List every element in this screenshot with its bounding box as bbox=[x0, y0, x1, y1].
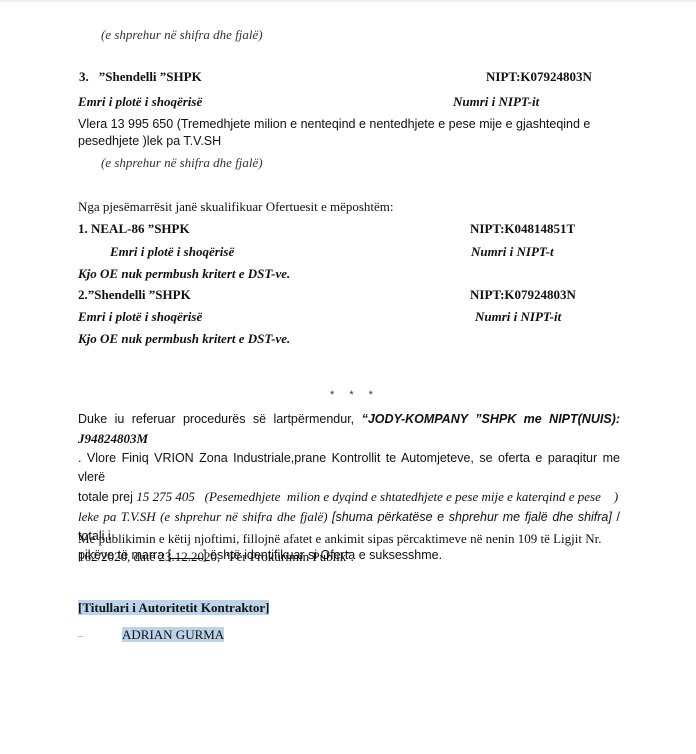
winner-bracket-note: [shuma përkatëse e shprehur me fjalë dhe… bbox=[332, 510, 612, 524]
offer3-nipt-label: Numri i NIPT-it bbox=[453, 94, 539, 110]
section-separator: * * * bbox=[330, 389, 379, 401]
winner-intro: Duke iu referuar procedurës së lartpërme… bbox=[78, 412, 362, 426]
offer3-value-line1: Vlera 13 995 650 (Tremedhjete milion e n… bbox=[78, 116, 590, 132]
small-mark bbox=[78, 636, 83, 637]
winner-total-prefix: totale prej bbox=[78, 490, 136, 504]
winner-nipt-code: J94824803M bbox=[78, 431, 148, 446]
signature-title: [Titullari i Autoritetit Kontraktor] bbox=[78, 600, 269, 616]
signature-name-text: ADRIAN GURMA bbox=[122, 627, 224, 642]
disqualified-2-reason: Kjo OE nuk permbush kritert e DST-ve. bbox=[78, 331, 290, 347]
disqualified-1-company: 1. NEAL-86 ”SHPK bbox=[78, 221, 190, 237]
winner-currency: leke pa T.V.SH (e shprehur në shifra dhe… bbox=[78, 509, 332, 524]
disqualified-2-nipt: NIPT:K07924803N bbox=[470, 287, 576, 303]
winner-address: . Vlore Finiq VRION Zona Industriale,pra… bbox=[78, 451, 620, 484]
legal-line-1: Me publikimin e këtij njoftimi, fillojnë… bbox=[78, 531, 602, 547]
page-top-edge bbox=[0, 0, 696, 2]
offer3-name-label: Emri i plotë i shoqërisë bbox=[78, 94, 202, 110]
signature-name: ADRIAN GURMA bbox=[122, 627, 224, 643]
disqualified-2-nipt-label: Numri i NIPT-it bbox=[475, 309, 561, 325]
offer3-nipt: NIPT:K07924803N bbox=[486, 69, 592, 85]
offer3-company: 3.”Shendelli ”SHPK bbox=[79, 69, 202, 85]
disqualified-2-company: 2.”Shendelli ”SHPK bbox=[78, 287, 191, 303]
winner-company-nipt: “JODY-KOMPANY ”SHPK me NIPT(NUIS): bbox=[362, 412, 620, 426]
offer3-number: 3. bbox=[79, 69, 89, 84]
disqualified-1-nipt: NIPT:K04814851T bbox=[470, 221, 575, 237]
disqualified-1-name-label: Emri i plotë i shoqërisë bbox=[110, 244, 234, 260]
legal-line-2: 162/2020, datë 23.12.2020, “Për Prokurim… bbox=[78, 549, 354, 565]
disqualified-1-nipt-label: Numri i NIPT-t bbox=[471, 244, 554, 260]
disqualified-1-reason: Kjo OE nuk permbush kritert e DST-ve. bbox=[78, 266, 290, 282]
offer3-company-name: ”Shendelli ”SHPK bbox=[99, 69, 202, 84]
winner-amount-words: (Pesemedhjete milion e dyqind e shtatedh… bbox=[195, 489, 618, 504]
expressed-note: (e shprehur në shifra dhe fjalë) bbox=[101, 27, 263, 43]
disqualified-intro: Nga pjesëmarrësit janë skualifikuar Ofer… bbox=[78, 199, 394, 215]
winner-amount: 15 275 405 bbox=[136, 489, 195, 504]
offer3-expressed-note: (e shprehur në shifra dhe fjalë) bbox=[101, 155, 263, 171]
offer3-value-line2: pesedhjete )lek pa T.V.SH bbox=[78, 133, 221, 149]
signature-title-text: [Titullari i Autoritetit Kontraktor] bbox=[78, 600, 269, 615]
disqualified-2-name-label: Emri i plotë i shoqërisë bbox=[78, 309, 202, 325]
